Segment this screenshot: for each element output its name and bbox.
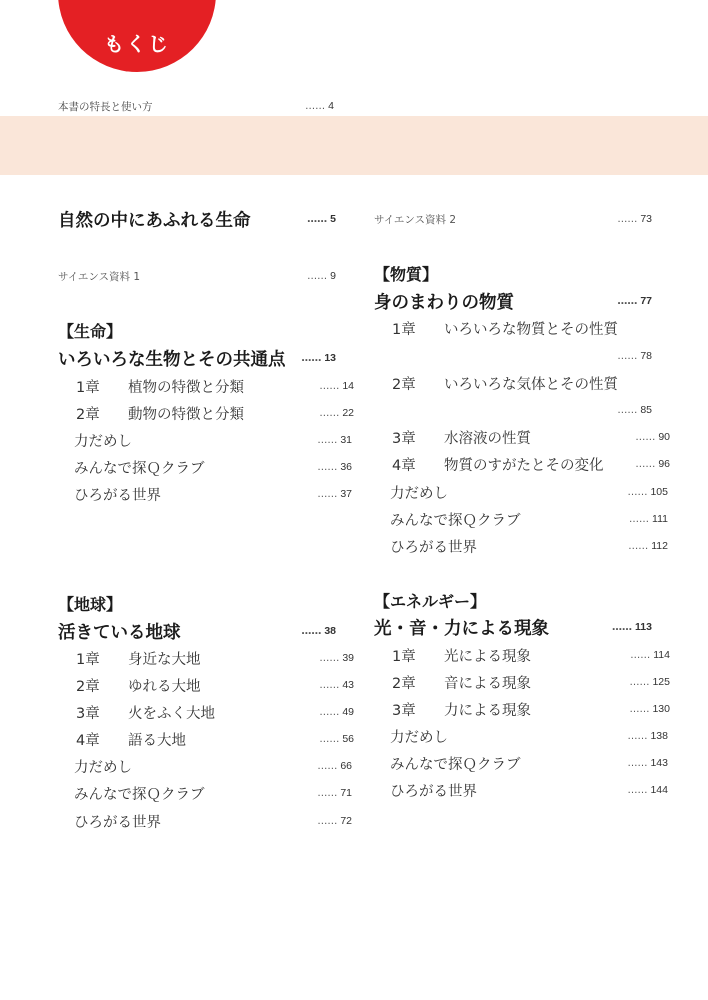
entry-label: ひろがる世界 (74, 811, 317, 832)
chapter-number: 4章 (76, 729, 128, 750)
toc-entry-opening[interactable]: 自然の中にあふれる生命 …… 5 (58, 208, 336, 230)
category-heading-earth: 【地球】 (58, 592, 336, 614)
entry-label: 力だめし (74, 756, 317, 777)
page-number: 72 (340, 815, 352, 827)
chapter-number: 2章 (392, 373, 444, 394)
toc-entry-science-1[interactable]: サイエンス資料 1 …… 9 (58, 265, 336, 287)
leader-dots: …… (319, 653, 339, 664)
leader-dots: …… (317, 435, 337, 446)
toc-entry-science-2[interactable]: サイエンス資料 2 …… 73 (374, 208, 652, 230)
entry-label: 物質のすがたとその変化 (444, 454, 635, 475)
entry-label: みんなで探Ｑクラブ (390, 753, 627, 774)
toc-chapter[interactable]: 1章 身近な大地 …… 39 (58, 647, 354, 669)
chapter-number: 2章 (76, 675, 128, 696)
page-number: 37 (340, 488, 352, 500)
entry-label: 音による現象 (444, 672, 629, 693)
page-number: 22 (342, 407, 354, 419)
toc-extra[interactable]: ひろがる世界 …… 72 (58, 810, 352, 832)
toc-extra[interactable]: 力だめし …… 138 (374, 725, 668, 747)
entry-label: 植物の特徴と分類 (128, 376, 319, 397)
entry-label: ひろがる世界 (74, 484, 317, 505)
leader-dots: …… (301, 353, 321, 364)
leader-dots: …… (617, 351, 637, 362)
category-label: 【エネルギー】 (374, 589, 652, 612)
leader-dots: …… (319, 408, 339, 419)
leader-dots: …… (307, 214, 327, 225)
leader-dots: …… (629, 677, 649, 688)
toc-extra[interactable]: 力だめし …… 66 (58, 755, 352, 777)
entry-label: 力だめし (74, 430, 317, 451)
entry-label: 光・音・力による現象 (374, 615, 612, 640)
chapter-number: 4章 (392, 454, 444, 475)
chapter-number: 3章 (392, 699, 444, 720)
leader-dots: …… (617, 405, 637, 416)
entry-label: サイエンス資料 2 (374, 212, 617, 227)
toc-extra[interactable]: 力だめし …… 31 (58, 429, 352, 451)
toc-unit-matter[interactable]: 身のまわりの物質 …… 77 (374, 290, 652, 312)
page-number: 36 (340, 461, 352, 473)
leader-dots: …… (617, 296, 637, 307)
page-number: 85 (640, 404, 652, 416)
entry-label: いろいろな気体とその性質 (444, 373, 670, 394)
category-heading-energy: 【エネルギー】 (374, 589, 652, 611)
toc-extra[interactable]: みんなで探Ｑクラブ …… 111 (374, 508, 668, 530)
category-heading-matter: 【物質】 (374, 262, 652, 284)
toc-unit-life[interactable]: いろいろな生物とその共通点 …… 13 (58, 347, 336, 369)
page-number: 143 (650, 757, 668, 769)
leader-dots: …… (635, 432, 655, 443)
page-title: もくじ (58, 28, 216, 57)
chapter-number: 2章 (392, 672, 444, 693)
chapter-number: 2章 (76, 403, 128, 424)
page-number: 5 (330, 213, 336, 225)
leader-dots: …… (628, 541, 648, 552)
page-number: 114 (653, 649, 670, 661)
entry-label: 水溶液の性質 (444, 427, 635, 448)
toc-chapter[interactable]: 3章 水溶液の性質 …… 90 (374, 426, 670, 448)
entry-label: 力だめし (390, 482, 627, 503)
page-number: 9 (330, 270, 336, 282)
header-band (0, 116, 708, 175)
leader-dots: …… (612, 622, 632, 633)
toc-chapter[interactable]: 4章 語る大地 …… 56 (58, 728, 354, 750)
page-number: 113 (635, 621, 652, 633)
leader-dots: …… (319, 707, 339, 718)
toc-chapter[interactable]: 2章 動物の特徴と分類 …… 22 (58, 402, 354, 424)
leader-dots: …… (305, 101, 325, 112)
toc-chapter[interactable]: 1章 光による現象 …… 114 (374, 644, 670, 666)
leader-dots: …… (635, 459, 655, 470)
page-number: 13 (324, 352, 336, 364)
chapter-number: 3章 (76, 702, 128, 723)
leader-dots: …… (317, 489, 337, 500)
page-number: 96 (658, 458, 670, 470)
page-number: 56 (342, 733, 354, 745)
leader-dots: …… (319, 381, 339, 392)
leader-dots: …… (317, 816, 337, 827)
page-number: 105 (650, 486, 668, 498)
toc-extra[interactable]: 力だめし …… 105 (374, 481, 668, 503)
leader-dots: …… (319, 734, 339, 745)
entry-label: 火をふく大地 (128, 702, 319, 723)
page-number: 4 (328, 100, 334, 112)
page-number: 138 (650, 730, 668, 742)
leader-dots: …… (317, 788, 337, 799)
page-number: 112 (651, 540, 668, 552)
toc-chapter-page[interactable]: …… 85 (374, 399, 652, 421)
toc-unit-earth[interactable]: 活きている地球 …… 38 (58, 620, 336, 642)
entry-label: 活きている地球 (58, 619, 301, 644)
entry-label: 動物の特徴と分類 (128, 403, 319, 424)
entry-label: 語る大地 (128, 729, 319, 750)
category-label: 【地球】 (58, 592, 336, 615)
leader-dots: …… (627, 758, 647, 769)
chapter-number: 3章 (392, 427, 444, 448)
toc-chapter[interactable]: 2章 いろいろな気体とその性質 (374, 372, 670, 394)
page-number: 77 (640, 295, 652, 307)
category-label: 【生命】 (58, 319, 336, 342)
category-heading-life: 【生命】 (58, 319, 336, 341)
leader-dots: …… (627, 785, 647, 796)
page-number: 38 (324, 625, 336, 637)
page-number: 14 (342, 380, 354, 392)
page-number: 31 (340, 434, 352, 446)
toc-extra[interactable]: ひろがる世界 …… 144 (374, 779, 668, 801)
leader-dots: …… (307, 271, 327, 282)
page-number: 39 (342, 652, 354, 664)
leader-dots: …… (630, 650, 650, 661)
entry-label: みんなで探Ｑクラブ (74, 783, 317, 804)
page-number: 125 (652, 676, 670, 688)
toc-unit-energy[interactable]: 光・音・力による現象 …… 113 (374, 616, 652, 638)
toc-entry-intro[interactable]: 本書の特長と使い方 …… 4 (58, 95, 334, 117)
toc-chapter-page[interactable]: …… 78 (374, 345, 652, 367)
chapter-number: 1章 (76, 376, 128, 397)
entry-label: みんなで探Ｑクラブ (390, 509, 629, 530)
category-label: 【物質】 (374, 262, 652, 285)
toc-chapter[interactable]: 2章 ゆれる大地 …… 43 (58, 674, 354, 696)
entry-label: 身近な大地 (128, 648, 319, 669)
leader-dots: …… (629, 704, 649, 715)
leader-dots: …… (301, 626, 321, 637)
entry-label: サイエンス資料 1 (58, 269, 307, 284)
page-number: 111 (652, 513, 668, 525)
entry-label: ゆれる大地 (128, 675, 319, 696)
page-number: 43 (342, 679, 354, 691)
leader-dots: …… (319, 680, 339, 691)
toc-extra[interactable]: ひろがる世界 …… 37 (58, 483, 352, 505)
page-number: 130 (652, 703, 670, 715)
leader-dots: …… (617, 214, 637, 225)
toc-chapter[interactable]: 1章 植物の特徴と分類 …… 14 (58, 375, 354, 397)
entry-label: ひろがる世界 (390, 780, 627, 801)
entry-label: 力だめし (390, 726, 627, 747)
page-number: 73 (640, 213, 652, 225)
entry-label: みんなで探Ｑクラブ (74, 457, 317, 478)
page-number: 78 (640, 350, 652, 362)
entry-label: 身のまわりの物質 (374, 289, 617, 314)
toc-extra[interactable]: みんなで探Ｑクラブ …… 143 (374, 752, 668, 774)
entry-label: いろいろな物質とその性質 (444, 318, 670, 339)
page-number: 90 (658, 431, 670, 443)
page-number: 66 (340, 760, 352, 772)
entry-label: いろいろな生物とその共通点 (58, 346, 301, 371)
leader-dots: …… (627, 487, 647, 498)
leader-dots: …… (317, 761, 337, 772)
toc-chapter[interactable]: 2章 音による現象 …… 125 (374, 671, 670, 693)
page-number: 71 (340, 787, 352, 799)
leader-dots: …… (317, 462, 337, 473)
chapter-number: 1章 (76, 648, 128, 669)
entry-label: 力による現象 (444, 699, 629, 720)
chapter-number: 1章 (392, 645, 444, 666)
toc-chapter[interactable]: 3章 力による現象 …… 130 (374, 698, 670, 720)
entry-label: 光による現象 (444, 645, 630, 666)
entry-label: ひろがる世界 (390, 536, 628, 557)
chapter-number: 1章 (392, 318, 444, 339)
toc-extra[interactable]: ひろがる世界 …… 112 (374, 535, 668, 557)
leader-dots: …… (629, 514, 649, 525)
entry-label: 自然の中にあふれる生命 (58, 207, 307, 232)
page-number: 144 (650, 784, 668, 796)
toc-extra[interactable]: みんなで探Ｑクラブ …… 36 (58, 456, 352, 478)
leader-dots: …… (627, 731, 647, 742)
toc-chapter[interactable]: 3章 火をふく大地 …… 49 (58, 701, 354, 723)
toc-extra[interactable]: みんなで探Ｑクラブ …… 71 (58, 782, 352, 804)
toc-chapter[interactable]: 4章 物質のすがたとその変化 …… 96 (374, 453, 670, 475)
toc-chapter[interactable]: 1章 いろいろな物質とその性質 (374, 317, 670, 339)
entry-label: 本書の特長と使い方 (58, 99, 305, 114)
page-number: 49 (342, 706, 354, 718)
